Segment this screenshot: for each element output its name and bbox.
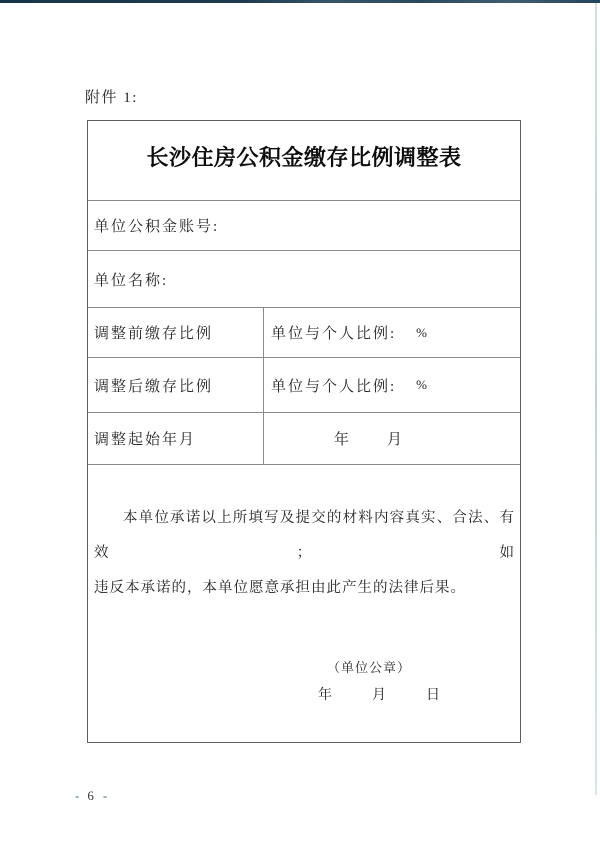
signature-year-char: 年 [318,684,332,704]
ratio-after-row: 调整后缴存比例 单位与个人比例: % [88,358,520,413]
page-number-left-dash: - [75,788,79,804]
start-date-label-cell: 调整起始年月 [88,413,264,464]
ratio-before-label: 调整前缴存比例 [94,322,213,343]
scan-top-edge-artifact [0,0,600,3]
unit-name-cell: 单位名称: [88,251,520,307]
ratio-before-row: 调整前缴存比例 单位与个人比例: % [88,308,520,358]
form-title: 长沙住房公积金缴存比例调整表 [146,141,461,172]
unit-name-label: 单位名称: [94,269,168,290]
pledge-cell: 本单位承诺以上所填写及提交的材料内容真实、合法、有效；如 违反本承诺的，本单位愿… [88,465,520,742]
start-date-row: 调整起始年月 年 月 [88,413,520,465]
page-number: - 6 - [75,788,107,804]
signature-date-line: 年 月 日 [318,684,440,704]
ratio-before-percent-sign: % [416,325,427,341]
pledge-text-line2: 违反本承诺的，本单位愿意承担由此产生的法律后果。 [94,571,514,606]
unit-name-row: 单位名称: [88,251,520,308]
ratio-after-value-label: 单位与个人比例: [271,375,396,396]
page-number-right-dash: - [103,788,107,804]
start-year-char: 年 [334,428,349,449]
ratio-before-value-cell: 单位与个人比例: % [264,308,520,357]
unit-seal-note: （单位公章） [327,657,411,676]
ratio-before-value-label: 单位与个人比例: [271,322,396,343]
page-number-value: 6 [87,788,95,804]
form-title-row: 长沙住房公积金缴存比例调整表 [88,121,520,201]
signature-month-char: 月 [372,684,386,704]
start-date-value-cell: 年 月 [264,413,520,464]
ratio-after-label-cell: 调整后缴存比例 [88,358,264,412]
start-month-char: 月 [387,428,402,449]
signature-day-char: 日 [426,684,440,704]
pledge-text-line1: 本单位承诺以上所填写及提交的材料内容真实、合法、有效；如 [94,501,514,571]
adjustment-form-table: 长沙住房公积金缴存比例调整表 单位公积金账号: 单位名称: 调整前缴存比例 单位… [87,120,521,743]
ratio-after-value-cell: 单位与个人比例: % [264,358,520,412]
ratio-before-label-cell: 调整前缴存比例 [88,308,264,357]
account-number-cell: 单位公积金账号: [88,201,520,250]
ratio-after-label: 调整后缴存比例 [94,375,213,396]
account-number-row: 单位公积金账号: [88,201,520,251]
ratio-after-percent-sign: % [416,377,427,393]
start-date-label: 调整起始年月 [94,428,196,449]
attachment-label: 附件 1: [85,86,138,107]
account-number-label: 单位公积金账号: [94,215,219,236]
scan-right-edge-artifact [595,3,597,795]
